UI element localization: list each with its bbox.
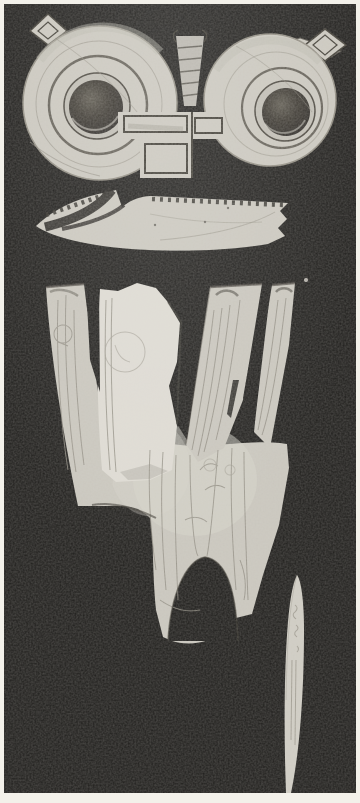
archaeological-photo xyxy=(0,0,360,803)
photo-canvas xyxy=(0,0,360,803)
film-grain xyxy=(4,4,356,793)
